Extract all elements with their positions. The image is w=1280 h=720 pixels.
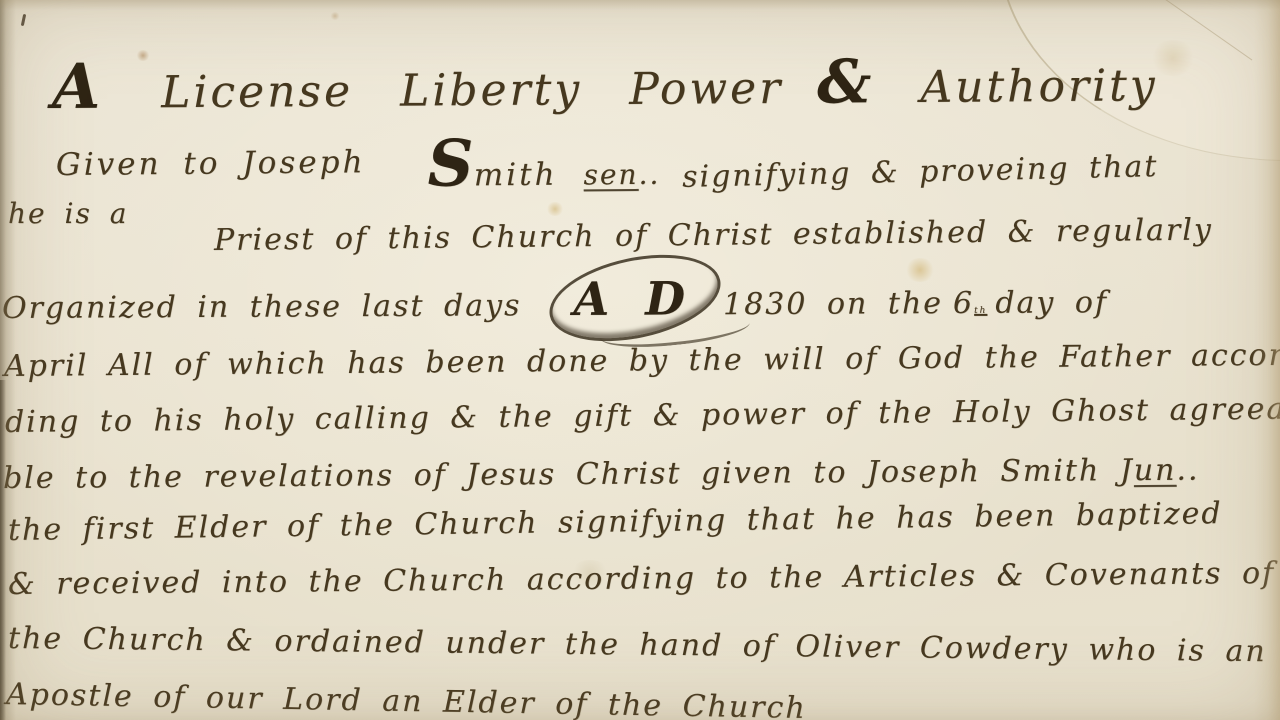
- underlined-sen: sen: [583, 158, 638, 191]
- sen-dots: ..: [638, 158, 660, 191]
- manuscript-line-6: ding to his holy calling & the gift & po…: [5, 391, 1280, 442]
- manuscript-line-title: ALicense Liberty Power&Authority: [52, 40, 1158, 126]
- manuscript-line-7: ble to the revelations of Jesus Christ g…: [3, 452, 1200, 498]
- day-number: 6: [953, 286, 974, 321]
- title-authority: Authority: [920, 60, 1158, 113]
- manuscript-line-3a: he is a: [8, 196, 128, 231]
- manuscript-line-10: the Church & ordained under the hand of …: [8, 620, 1267, 671]
- underlined-un: un: [1134, 453, 1177, 488]
- he-is-a: he is a: [8, 197, 128, 230]
- paper-edge-right: [1254, 0, 1280, 720]
- manuscript-line-11: Apostle of our Lord an Elder of the Chur…: [6, 676, 807, 720]
- paper-edge-top: [0, 0, 1280, 10]
- manuscript-line-5: April All of which has been done by the …: [4, 337, 1280, 386]
- flourish-ampersand: &: [817, 47, 875, 117]
- line-7-text: ble to the revelations of Jesus Christ g…: [3, 453, 1134, 496]
- paper-edge-left-dark: [0, 380, 6, 720]
- given-to-joseph: Given to Joseph: [56, 143, 366, 184]
- day-ordinal: th: [974, 306, 987, 316]
- day-of: day of: [995, 285, 1108, 321]
- line-5-text: April All of which has been done by the …: [4, 338, 1280, 384]
- manuscript-line-8: the first Elder of the Church signifying…: [8, 495, 1223, 549]
- manuscript-line-4: Organized in these last daysA D1830 on t…: [2, 268, 1108, 331]
- line-11-text: Apostle of our Lord an Elder of the Chur…: [6, 677, 807, 720]
- title-words: License Liberty Power: [161, 63, 783, 118]
- paper-stain: [546, 202, 564, 216]
- line-10-text: the Church & ordained under the hand of …: [8, 621, 1267, 669]
- smith-rest: mith: [474, 157, 558, 194]
- jun-dots: ..: [1176, 453, 1199, 488]
- manuscript-page: ALicense Liberty Power&Authority Given t…: [0, 0, 1280, 720]
- flourish-ad: A D: [573, 270, 695, 328]
- signifying-proveing: signifying & proveing that: [682, 148, 1159, 196]
- line-9-text: & received into the Church according to …: [8, 556, 1275, 602]
- organized-last-days: Organized in these last days: [2, 288, 522, 326]
- manuscript-line-9: & received into the Church according to …: [8, 555, 1275, 604]
- date-1830: 1830 on the: [723, 286, 943, 322]
- paper-stain: [330, 12, 340, 20]
- priest-of-church: Priest of this Church of Christ establis…: [214, 213, 1213, 258]
- manuscript-line-3b: Priest of this Church of Christ establis…: [214, 212, 1213, 260]
- flourish-capital-s: S: [427, 124, 474, 204]
- manuscript-line-2: Given to JosephSmithsen..signifying & pr…: [56, 118, 1159, 208]
- flourish-capital-a: A: [52, 50, 104, 123]
- ink-mark: [21, 14, 26, 26]
- line-8-text: the first Elder of the Church signifying…: [8, 496, 1223, 548]
- line-6-text: ding to his holy calling & the gift & po…: [5, 392, 1280, 440]
